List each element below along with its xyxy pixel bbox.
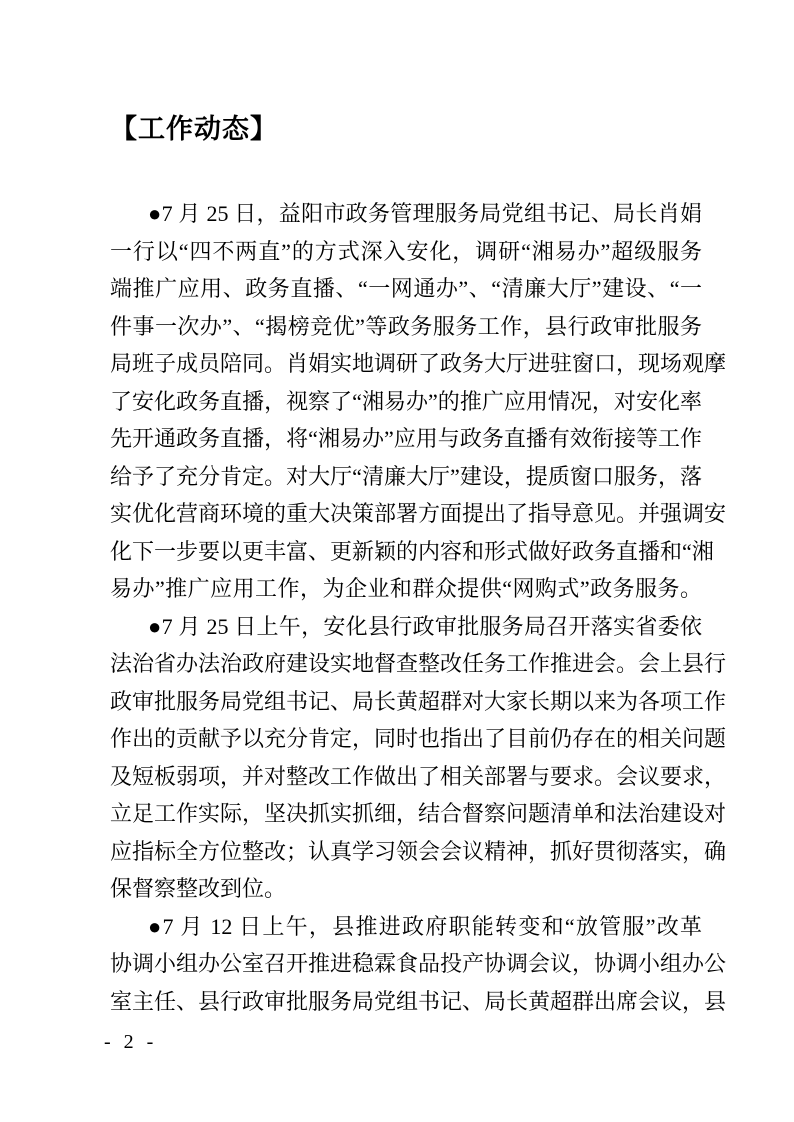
text-line: 件事一次办”、“揭榜竞优”等政务服务工作，县行政审批服务 <box>110 308 702 346</box>
text-line: 实优化营商环境的重大决策部署方面提出了指导意见。并强调安 <box>110 495 702 533</box>
text-line: 协调小组办公室召开推进稳霖食品投产协调会议，协调小组办公 <box>110 945 702 983</box>
section-heading: 【工作动态】 <box>110 112 278 146</box>
text-line: 应指标全方位整改；认真学习领会会议精神，抓好贯彻落实，确 <box>110 833 702 871</box>
text-line: 室主任、县行政审批服务局党组书记、局长黄超群出席会议，县 <box>110 983 702 1021</box>
page-number: - 2 - <box>104 1030 157 1054</box>
text-line: 先开通政务直播，将“湘易办”应用与政务直播有效衔接等工作 <box>110 420 702 458</box>
text-line: 立足工作实际，坚决抓实抓细，结合督察问题清单和法治建设对 <box>110 795 702 833</box>
text-line: ●7 月 25 日，益阳市政务管理服务局党组书记、局长肖娟 <box>110 195 702 233</box>
text-line: 端推广应用、政务直播、“一网通办”、“清廉大厅”建设、“一 <box>110 270 702 308</box>
text-line: ●7 月 25 日上午，安化县行政审批服务局召开落实省委依 <box>110 608 702 646</box>
text-line: 一行以“四不两直”的方式深入安化，调研“湘易办”超级服务 <box>110 233 702 271</box>
text-line: ●7 月 12 日上午，县推进政府职能转变和“放管服”改革 <box>110 908 702 946</box>
text-line: 了安化政务直播，视察了“湘易办”的推广应用情况，对安化率 <box>110 383 702 421</box>
document-page: 【工作动态】 ●7 月 25 日，益阳市政务管理服务局党组书记、局长肖娟一行以“… <box>0 0 794 1122</box>
text-line: 局班子成员陪同。肖娟实地调研了政务大厅进驻窗口，现场观摩 <box>110 345 702 383</box>
text-line: 及短板弱项，并对整改工作做出了相关部署与要求。会议要求， <box>110 758 702 796</box>
text-line: 法治省办法治政府建设实地督查整改任务工作推进会。会上县行 <box>110 645 702 683</box>
body-text: ●7 月 25 日，益阳市政务管理服务局党组书记、局长肖娟一行以“四不两直”的方… <box>110 195 702 1020</box>
text-line: 易办”推广应用工作，为企业和群众提供“网购式”政务服务。 <box>110 570 702 608</box>
text-line: 保督察整改到位。 <box>110 870 702 908</box>
text-line: 作出的贡献予以充分肯定，同时也指出了目前仍存在的相关问题 <box>110 720 702 758</box>
text-line: 政审批服务局党组书记、局长黄超群对大家长期以来为各项工作 <box>110 683 702 721</box>
text-line: 给予了充分肯定。对大厅“清廉大厅”建设，提质窗口服务，落 <box>110 458 702 496</box>
text-line: 化下一步要以更丰富、更新颖的内容和形式做好政务直播和“湘 <box>110 533 702 571</box>
